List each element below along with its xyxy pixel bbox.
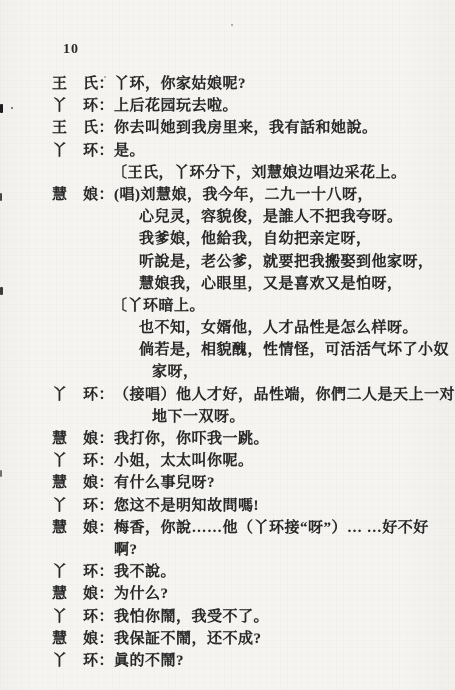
dialogue-text: 也不知，女婿他，人才品性是怎么样呀。 xyxy=(139,320,418,336)
speaker-label: 慧 娘： xyxy=(52,517,114,539)
speaker-label: 丫 环： xyxy=(52,95,114,117)
dialogue-text: 为什么? xyxy=(114,586,169,602)
script-line: 我爹娘，他給我，自幼把亲定呀， xyxy=(52,228,447,250)
scan-artifact-speck xyxy=(0,287,3,295)
dialogue-text: （接唱）他人才好，品性端，你們二人是天上一对 xyxy=(114,387,455,403)
script-line: 丫 环：我不說。 xyxy=(52,561,447,583)
dialogue-text: 我打你，你吓我一跳。 xyxy=(114,431,269,447)
script-text-block: 王 氏：丫环，你家姑娘呢?丫 环：上后花园玩去啦。王 氏：你去叫她到我房里来，我… xyxy=(52,73,447,672)
script-line: 心兒灵，容貌俊，是誰人不把我夸呀。 xyxy=(52,206,447,228)
script-line: 丫 环：小姐，太太叫你呢。 xyxy=(52,450,447,472)
script-line: 慧 娘：我保証不鬧，还不成? xyxy=(52,628,447,650)
dialogue-text: 小姐，太太叫你呢。 xyxy=(114,453,254,469)
dialogue-text: 听說是，老公爹，就要把我搬娶到他家呀， xyxy=(139,254,434,270)
dialogue-text: 是。 xyxy=(114,143,145,159)
speaker-label: 丫 环： xyxy=(52,140,114,162)
script-line: 丫 环：（接唱）他人才好，品性端，你們二人是天上一对 xyxy=(52,384,447,406)
speaker-label: 丫 环： xyxy=(52,450,114,472)
dialogue-text: 梅香，你說……他（丫环接“呀”）… …好不好 xyxy=(114,520,429,536)
speaker-label: 慧 娘： xyxy=(52,583,114,605)
dialogue-text: 家呀， xyxy=(152,364,199,380)
script-line: 听說是，老公爹，就要把我搬娶到他家呀， xyxy=(52,251,447,273)
dialogue-text: 地下一双呀。 xyxy=(152,409,245,425)
script-line: 丫 环：您这不是明知故問嗎! xyxy=(52,495,447,517)
dialogue-text: 有什么事兒呀? xyxy=(114,475,215,491)
script-line: 慧 娘：我打你，你吓我一跳。 xyxy=(52,428,447,450)
scan-artifact-speck xyxy=(0,104,3,113)
script-line: 丫 环：眞的不鬧? xyxy=(52,650,447,672)
script-line: 王 氏：丫环，你家姑娘呢? xyxy=(52,73,447,95)
speaker-label: 慧 娘： xyxy=(52,428,114,450)
scan-artifact-speck xyxy=(0,470,2,477)
speaker-label: 慧 娘： xyxy=(52,628,114,650)
dialogue-text: 上后花园玩去啦。 xyxy=(114,98,238,114)
speaker-label: 慧 娘： xyxy=(52,184,114,206)
page-number: 10 xyxy=(63,42,79,58)
script-line: 丫 环：是。 xyxy=(52,140,447,162)
script-line: 王 氏：你去叫她到我房里来，我有話和她說。 xyxy=(52,117,447,139)
script-line: 啊? xyxy=(52,539,447,561)
dialogue-text: 倘若是，相貌醜，性情怪，可活活气坏了小奴 xyxy=(139,342,449,358)
dialogue-text: 眞的不鬧? xyxy=(114,653,184,669)
script-line: 倘若是，相貌醜，性情怪，可活活气坏了小奴 xyxy=(52,339,447,361)
speaker-label: 丫 环： xyxy=(52,606,114,628)
script-line: 丫 环：上后花园玩去啦。 xyxy=(52,95,447,117)
speaker-label: 丫 环： xyxy=(52,384,114,406)
ink-speck xyxy=(231,24,233,26)
speaker-label: 丫 环： xyxy=(52,561,114,583)
script-line: 地下一双呀。 xyxy=(52,406,447,428)
script-line: 慧 娘：(唱)刘慧娘，我今年，二九一十八呀， xyxy=(52,184,447,206)
speaker-label: 丫 环： xyxy=(52,650,114,672)
dialogue-text: 啊? xyxy=(114,542,138,558)
dialogue-text: 我保証不鬧，还不成? xyxy=(114,631,262,647)
stage-direction-text: 〔丫环暗上。 xyxy=(112,298,205,314)
stage-direction-line: 〔王氏，丫环分下，刘慧娘边唱边采花上。 xyxy=(52,162,447,184)
speaker-label: 丫 环： xyxy=(52,495,114,517)
dialogue-text: (唱)刘慧娘，我今年，二九一十八呀， xyxy=(114,187,373,203)
script-line: 也不知，女婿他，人才品性是怎么样呀。 xyxy=(52,317,447,339)
dialogue-text: 我不說。 xyxy=(114,564,176,580)
ink-speck xyxy=(104,76,106,78)
script-line: 慧 娘：有什么事兒呀? xyxy=(52,472,447,494)
scanned-script-page: 10 王 氏：丫环，你家姑娘呢?丫 环：上后花园玩去啦。王 氏：你去叫她到我房里… xyxy=(0,0,455,690)
dialogue-text: 慧娘我，心眼里，又是喜欢又是怕呀， xyxy=(139,276,403,292)
dialogue-text: 你去叫她到我房里来，我有話和她說。 xyxy=(114,120,378,136)
speaker-label: 王 氏： xyxy=(52,117,114,139)
stage-direction-line: 〔丫环暗上。 xyxy=(52,295,447,317)
dialogue-text: 您这不是明知故問嗎! xyxy=(114,498,259,514)
stage-direction-text: 〔王氏，丫环分下，刘慧娘边唱边采花上。 xyxy=(112,165,407,181)
scan-artifact-speck xyxy=(0,193,2,201)
speaker-label: 慧 娘： xyxy=(52,472,114,494)
dialogue-text: 丫环，你家姑娘呢? xyxy=(114,76,246,92)
script-line: 慧 娘：为什么? xyxy=(52,583,447,605)
script-line: 家呀， xyxy=(52,361,447,383)
script-line: 慧娘我，心眼里，又是喜欢又是怕呀， xyxy=(52,273,447,295)
dialogue-text: 我怕你鬧，我受不了。 xyxy=(114,609,269,625)
ink-speck xyxy=(11,107,13,109)
dialogue-text: 我爹娘，他給我，自幼把亲定呀， xyxy=(139,231,372,247)
script-line: 慧 娘：梅香，你說……他（丫环接“呀”）… …好不好 xyxy=(52,517,447,539)
script-line: 丫 环：我怕你鬧，我受不了。 xyxy=(52,606,447,628)
dialogue-text: 心兒灵，容貌俊，是誰人不把我夸呀。 xyxy=(139,209,403,225)
